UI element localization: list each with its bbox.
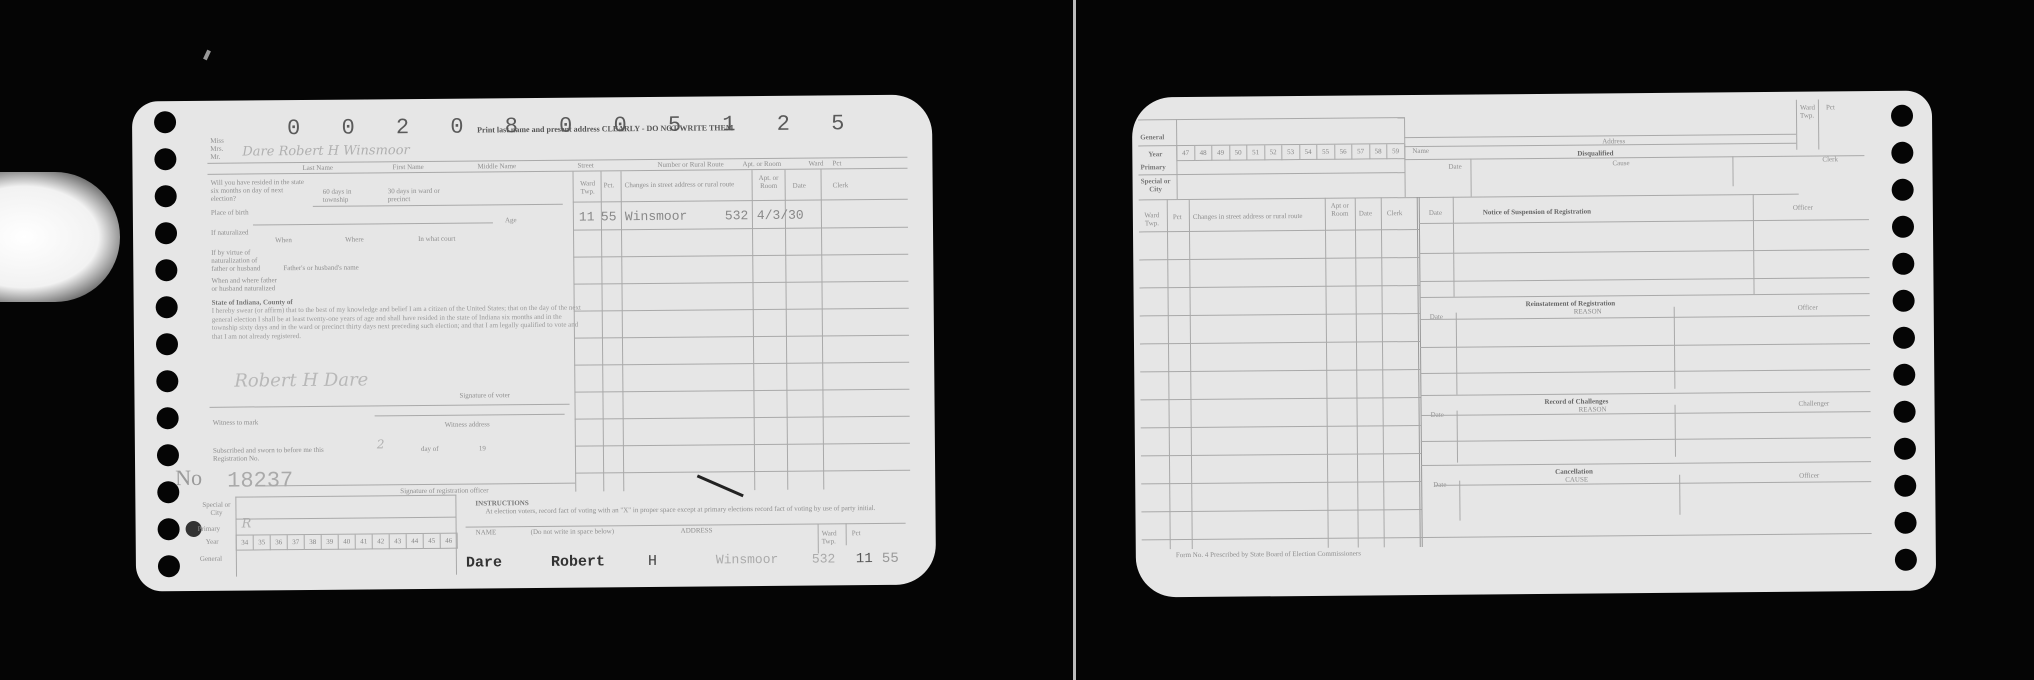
name-label: Name xyxy=(1412,147,1429,155)
col-line xyxy=(1456,313,1458,395)
label-last-name: Last Name xyxy=(302,164,333,172)
col-line xyxy=(621,171,625,491)
grid-line xyxy=(1404,155,1864,160)
punch-hole xyxy=(155,222,177,244)
reinstatement-officer-label: Officer xyxy=(1798,304,1818,312)
col-header-pct: Pct xyxy=(1173,213,1182,221)
voter-registration-card-back: General Year Primary Special or City 47 … xyxy=(1132,91,1936,598)
row-line xyxy=(1420,315,1870,320)
row-line xyxy=(1421,411,1871,416)
col-header-clerk: Clerk xyxy=(1387,209,1403,217)
oath-rule xyxy=(210,404,570,408)
row-line xyxy=(1420,391,1870,396)
col-line xyxy=(1325,198,1329,548)
punch-hole xyxy=(1893,290,1915,312)
year-cell: 39 xyxy=(322,535,339,550)
row-line xyxy=(1435,481,1871,486)
year-cell: 55 xyxy=(1317,145,1335,160)
label-apt: Apt. or Room xyxy=(742,160,781,168)
right-year-grid: 47 48 49 50 51 52 53 54 55 56 57 58 59 xyxy=(1176,144,1405,161)
year-cell: 35 xyxy=(254,535,271,550)
row-line xyxy=(1139,257,1419,260)
suspension-date-label: Date xyxy=(1429,209,1442,217)
label-first-name: First Name xyxy=(392,163,423,171)
row-line xyxy=(1420,343,1870,348)
punch-hole xyxy=(154,148,176,170)
footer-last-name: Dare xyxy=(466,554,502,571)
frame-divider xyxy=(1073,0,1076,680)
year-cell: 43 xyxy=(390,534,407,549)
col-line xyxy=(1679,475,1680,515)
cancellation-cause-label: CAUSE xyxy=(1565,476,1588,484)
label-pct: Pct xyxy=(832,159,841,167)
punch-hole xyxy=(1892,216,1914,238)
year-cell: 37 xyxy=(288,535,305,550)
col-line xyxy=(820,169,824,489)
row-label-primary: Primary xyxy=(1140,163,1165,171)
row-label-general: General xyxy=(1140,133,1164,141)
label-middle-name: Middle Name xyxy=(477,162,516,170)
pen-mark xyxy=(697,475,744,498)
residence-line xyxy=(313,204,563,207)
year-cell: 59 xyxy=(1387,144,1405,159)
punch-hole xyxy=(155,259,177,281)
row-line xyxy=(573,199,908,203)
col-line xyxy=(1355,198,1359,548)
year-cell: 56 xyxy=(1335,145,1353,160)
punch-hole xyxy=(156,370,178,392)
punch-hole xyxy=(1893,327,1915,349)
cause-label: Cause xyxy=(1612,159,1629,167)
punch-hole xyxy=(155,185,177,207)
registration-number: 18237 xyxy=(227,468,293,494)
grid-line xyxy=(818,524,819,554)
punch-hole xyxy=(157,444,179,466)
row-line xyxy=(1142,533,1872,540)
voter-registration-card-front: 0 0 2 0 8 0 0 5 1 2 5 Print last name an… xyxy=(132,95,936,592)
day-of-label: day of xyxy=(421,445,439,453)
row-line xyxy=(1139,285,1419,288)
clerk-label: Clerk xyxy=(1822,155,1838,163)
col-header-ward: Ward Twp. xyxy=(578,179,598,195)
footer-first-name: Robert xyxy=(551,553,605,570)
col-line xyxy=(1381,197,1385,547)
col-header-ward: Ward Twp. xyxy=(1141,211,1163,227)
col-line xyxy=(1189,199,1193,549)
row-line xyxy=(575,443,910,447)
reinstatement-reason-label: REASON xyxy=(1574,307,1602,315)
label-street: Street xyxy=(577,161,593,169)
grid-line xyxy=(1732,156,1733,186)
punch-hole xyxy=(1891,105,1913,127)
row-line xyxy=(574,362,909,366)
col-header-date: Date xyxy=(793,182,806,190)
grid-line xyxy=(1139,194,1799,201)
question-when: When xyxy=(275,236,292,244)
row-label-primary: Primary xyxy=(198,525,221,533)
year-cell: 51 xyxy=(1247,145,1265,160)
year-cell: 45 xyxy=(424,534,441,549)
voter-signature: Robert H Dare xyxy=(234,369,368,391)
year-cell: 49 xyxy=(1212,146,1230,161)
row-label-year: Year xyxy=(1148,150,1162,158)
disqualified-date-label: Date xyxy=(1448,163,1461,171)
year-cell: 44 xyxy=(407,534,424,549)
question-father-naturalized: When and where father or husband natural… xyxy=(211,276,281,293)
grid-line xyxy=(235,495,456,498)
witness-label: Witness to mark xyxy=(213,418,259,426)
instructions-address-label: ADDRESS xyxy=(681,526,713,534)
grid-line xyxy=(846,523,847,545)
punch-hole xyxy=(157,407,179,429)
row-date: 4/3/30 xyxy=(757,208,804,223)
punch-hole xyxy=(1894,438,1916,460)
col-header-changes: Changes in street address or rural route xyxy=(1193,212,1303,221)
row-line xyxy=(1141,481,1421,484)
question-resided: Will you have resided in the state six m… xyxy=(211,178,306,203)
question-fathers-name: Father's or husband's name xyxy=(283,264,359,273)
row-label-special: Special or City xyxy=(201,501,231,517)
punch-hole xyxy=(1894,475,1916,497)
year-cell: 54 xyxy=(1300,145,1318,160)
year-cell: 42 xyxy=(373,534,390,549)
oath-text: I hereby swear (or affirm) that to the b… xyxy=(212,304,582,341)
grid-line xyxy=(1404,117,1406,197)
year-cell: 58 xyxy=(1370,144,1388,159)
birthplace-line xyxy=(253,222,493,225)
number-prefix: No xyxy=(175,465,202,491)
punch-hole xyxy=(158,518,180,540)
year-cell: 38 xyxy=(305,535,322,550)
row-ward: 11 xyxy=(579,209,595,224)
witness-line xyxy=(375,414,565,417)
row-line xyxy=(1141,425,1421,428)
col-line xyxy=(1457,411,1458,463)
row-pct: 55 xyxy=(601,209,617,224)
punch-hole xyxy=(156,333,178,355)
year-suffix: 19 xyxy=(479,444,486,452)
punch-hole xyxy=(1892,179,1914,201)
instructions-pct-label: Pct xyxy=(852,529,861,537)
row-label-general: General xyxy=(200,555,222,563)
footer-pct: 55 xyxy=(882,551,899,567)
year-cell: 36 xyxy=(271,535,288,550)
row-line xyxy=(573,281,908,285)
year-cell: 41 xyxy=(356,534,373,549)
instructions-do-not-write: (Do not write in space below) xyxy=(531,527,614,536)
grid-line xyxy=(236,517,457,520)
year-cell: 53 xyxy=(1282,145,1300,160)
witness-address-label: Witness address xyxy=(445,420,490,428)
form-footer: Form No. 4 Prescribed by State Board of … xyxy=(1176,550,1361,560)
registration-label: Registration No. xyxy=(213,454,259,462)
question-naturalized: If naturalized xyxy=(211,228,261,236)
row-line xyxy=(573,254,908,258)
row-line xyxy=(1420,293,1870,298)
col-line xyxy=(1674,307,1676,389)
suspension-heading: Notice of Suspension of Registration xyxy=(1483,207,1591,216)
row-line xyxy=(574,335,909,339)
row-line xyxy=(1141,509,1421,512)
col-header-date: Date xyxy=(1359,209,1372,217)
year-cell: 47 xyxy=(1177,146,1195,161)
row-line xyxy=(574,389,909,393)
row-line xyxy=(1140,369,1420,372)
left-year-grid: 34 35 36 37 38 39 40 41 42 43 44 45 46 xyxy=(236,533,458,551)
question-where: Where xyxy=(345,235,364,243)
row-line xyxy=(1421,437,1871,442)
row-line xyxy=(1141,453,1421,456)
registration-line xyxy=(255,483,575,487)
grid-line xyxy=(1404,134,1796,138)
changes-row-1: 11 55 Winsmoor 532 4/3/30 xyxy=(132,95,932,102)
col-line xyxy=(1459,481,1460,521)
grid-line xyxy=(1470,159,1471,197)
row-line xyxy=(1140,313,1420,316)
punch-hole xyxy=(1891,142,1913,164)
grid-line xyxy=(1404,143,1796,147)
punch-hole xyxy=(1894,512,1916,534)
col-header-apt: Apt. or Room xyxy=(757,174,781,190)
row-line xyxy=(574,308,909,312)
punch-hole xyxy=(1893,364,1915,386)
col-line xyxy=(751,170,755,490)
footer-ward: 11 xyxy=(856,551,873,567)
row-apt: 532 xyxy=(725,208,749,223)
row-address: Winsmoor xyxy=(625,209,688,225)
row-line xyxy=(1420,369,1870,374)
cancellation-officer-label: Officer xyxy=(1799,472,1819,480)
instructions-ward-label: Ward Twp. xyxy=(822,529,844,545)
pct-label: Pct xyxy=(1826,103,1835,111)
signature-label: Signature of voter xyxy=(459,391,510,399)
col-header-clerk: Clerk xyxy=(833,181,849,189)
question-by-virtue: If by virtue of naturalization of father… xyxy=(211,248,273,273)
title-prefix-mr: Mr. xyxy=(210,153,220,161)
year-cell: 57 xyxy=(1352,144,1370,159)
punch-hole xyxy=(154,111,176,133)
footer-middle-initial: H xyxy=(648,553,657,570)
year-cell: 52 xyxy=(1265,145,1283,160)
row-line xyxy=(575,416,910,420)
row-line xyxy=(573,227,908,231)
subscribed-day: 2 xyxy=(377,437,385,451)
question-birthplace: Place of birth xyxy=(211,208,251,216)
punch-hole xyxy=(1895,549,1917,571)
year-cell: 40 xyxy=(339,535,356,550)
grid-line xyxy=(1138,117,1404,120)
label-number: Number or Rural Route xyxy=(657,160,723,169)
footer-number: 532 xyxy=(812,551,836,566)
question-township: 60 days in township xyxy=(323,187,373,203)
title-prefix-miss: Miss xyxy=(210,137,224,145)
handwritten-name: Dare Robert H Winsmoor xyxy=(242,143,410,159)
label-ward: Ward xyxy=(808,159,823,167)
col-header-pct: Pct. xyxy=(604,181,615,189)
light-glare xyxy=(0,172,120,302)
footer-street: Winsmoor xyxy=(716,552,779,568)
row-label-year: Year xyxy=(206,538,219,546)
col-header-changes: Changes in street address or rural route xyxy=(625,180,735,189)
row-line xyxy=(1419,249,1869,254)
year-cell: 34 xyxy=(237,535,254,550)
instructions-name-label: NAME xyxy=(476,528,497,536)
instructions-text: At election voters, record fact of votin… xyxy=(485,504,885,515)
row-line xyxy=(1419,277,1869,282)
suspension-officer-label: Officer xyxy=(1793,204,1813,212)
row-line xyxy=(1140,397,1420,400)
question-court: In what court xyxy=(418,235,455,243)
challenges-challenger-label: Challenger xyxy=(1798,399,1829,407)
row-line xyxy=(1421,461,1871,466)
year-cell: 48 xyxy=(1195,146,1213,161)
challenges-reason-label: REASON xyxy=(1579,405,1607,413)
row-line xyxy=(575,470,910,474)
row-line xyxy=(1139,229,1419,232)
title-prefix-mrs: Mrs. xyxy=(210,145,223,153)
punch-hole xyxy=(158,555,180,577)
punch-hole xyxy=(1892,253,1914,275)
row-label-special: Special or City xyxy=(1141,177,1171,193)
question-age: Age xyxy=(505,216,517,224)
film-speck xyxy=(203,50,211,61)
row-line xyxy=(1140,341,1420,344)
punch-hole xyxy=(1894,401,1916,423)
year-cell: 50 xyxy=(1230,145,1248,160)
row-line xyxy=(1419,219,1869,224)
grid-line xyxy=(1139,172,1405,175)
question-ward: 30 days in ward or precinct xyxy=(388,187,458,204)
subscribed-label: Subscribed and sworn to before me this xyxy=(213,446,324,455)
col-line xyxy=(1167,199,1171,549)
punch-hole xyxy=(156,296,178,318)
col-header-apt: Apt or Room xyxy=(1327,202,1353,218)
